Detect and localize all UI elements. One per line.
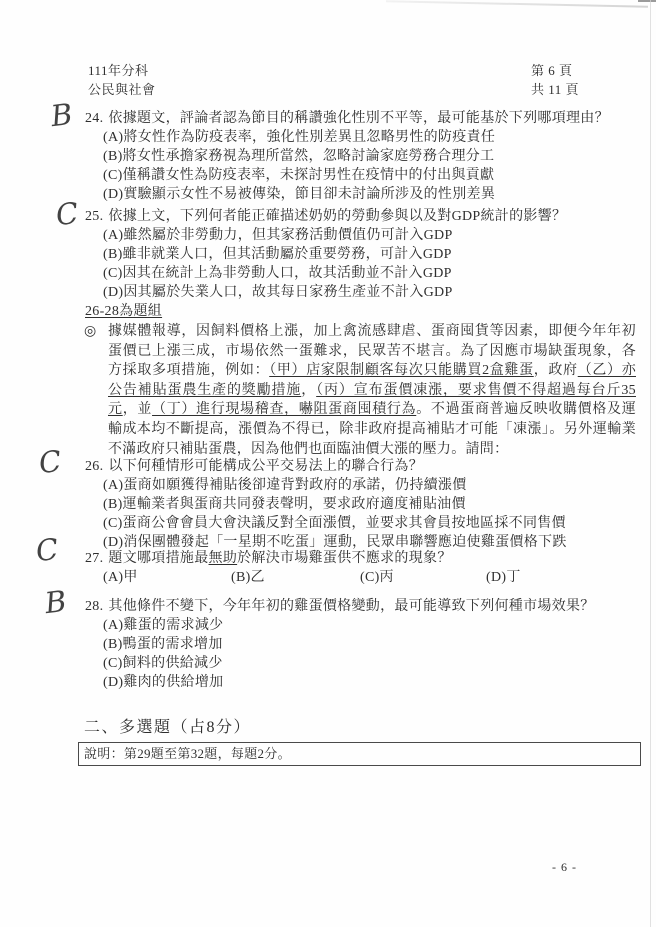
option-a: (A)蛋商如願獲得補貼後卻違背對政府的承諾，仍持續漲價 [85, 476, 641, 495]
section-title: 二、多選題（占8分） [84, 714, 251, 737]
handwritten-answer-q25: C [54, 199, 80, 230]
question-number: 24. [85, 111, 103, 126]
passage-text: 輸成本均不斷提高，漲價為不得已，除非政府提高補貼才可能「凍漲」。另外運輸 [108, 422, 622, 437]
option-b: (B)乙 [231, 568, 265, 587]
handwritten-answer-q26: C [37, 447, 63, 478]
passage-text: 據媒體報導，因飼料價格上漲，加上禽流感肆虐、蛋商囤貨等因素，即便今年年初 [108, 324, 636, 339]
group-passage: 據媒體報導，因飼料價格上漲，加上禽流感肆虐、蛋商囤貨等因素，即便今年年初蛋價已上… [108, 322, 636, 459]
total-pages-indicator: 共 11 頁 [531, 80, 579, 99]
exam-page: 111年分科 公民與社會 第 6 頁 共 11 頁 B C C C B 24.依… [0, 0, 656, 927]
question-27: 27.題文哪項措施最無助於解決市場雞蛋供不應求的現象？ (A)甲 (B)乙 (C… [85, 549, 641, 587]
option-c: (C)因其在統計上為非勞動人口，故其活動並不計入GDP [85, 264, 641, 283]
option-a: (A)甲 [103, 568, 138, 587]
question-number: 27. [85, 551, 103, 566]
question-28: 28.其他條件不變下，今年年初的雞蛋價格變動，最可能導致下列何種市場效果？ (A… [85, 597, 641, 692]
handwritten-answer-q27: C [34, 535, 60, 566]
passage-text: ， [301, 383, 316, 398]
option-d: (D)丁 [486, 568, 521, 587]
passage-text: ，並 [123, 402, 152, 417]
question-stem: 依據上文，下列何者能正確描述奶奶的勞動參與以及對GDP統計的影響？ [108, 209, 566, 224]
question-stem-line: 24.依據題文，評論者認為節目的稱讚強化性別不平等，最可能基於下列哪項理由？ [85, 109, 641, 128]
question-24: 24.依據題文，評論者認為節目的稱讚強化性別不平等，最可能基於下列哪項理由？ (… [85, 109, 641, 204]
question-stem-line: 27.題文哪項措施最無助於解決市場雞蛋供不應求的現象？ [85, 549, 641, 568]
question-stem-underlined: 無助 [209, 551, 238, 566]
section-instructions-box: 說明：第29題至第32題，每題2分。 [78, 742, 641, 766]
question-number: 28. [85, 599, 103, 614]
option-b: (B)將女性承擔家務視為理所當然，忽略討論家庭勞務合理分工 [85, 147, 641, 166]
passage-text: ，政府 [534, 363, 578, 378]
option-c: (C)飼料的供給減少 [85, 654, 641, 673]
passage-text-underlined: 公告補貼蛋農生產的獎勵措施 [108, 383, 301, 398]
question-stem: 以下何種情形可能構成公平交易法上的聯合行為？ [108, 459, 423, 474]
question-number: 26. [85, 459, 103, 474]
option-c: (C)丙 [360, 568, 394, 587]
passage-text-underlined: （丙）宣布蛋價凍漲，要求售價不得超過每台斤35 [316, 383, 636, 398]
exam-year: 111年分科 [88, 61, 156, 80]
passage-text: 。不過蛋商普遍反映收購價格及運 [416, 402, 636, 417]
option-c: (C)僅稱讚女性為防疫表率，未探討男性在疫情中的付出與貢獻 [85, 166, 641, 185]
passage-text-underlined: 元 [108, 402, 123, 417]
passage-text-underlined: （丁）進行現場稽查，嚇阻蛋商囤積行為 [152, 402, 416, 417]
option-d: (D)實驗顯示女性不易被傳染，節目卻未討論所涉及的性別差異 [85, 185, 641, 204]
scan-streak [386, 0, 648, 7]
header-left: 111年分科 公民與社會 [88, 61, 156, 99]
passage-text: 方採取多項措施，例如： [108, 363, 269, 378]
exam-subject: 公民與社會 [88, 80, 156, 99]
option-a: (A)雞蛋的需求減少 [85, 616, 641, 635]
question-stem-line: 28.其他條件不變下，今年年初的雞蛋價格變動，最可能導致下列何種市場效果？ [85, 597, 641, 616]
option-c: (C)蛋商公會會員大會決議反對全面漲價，並要求其會員按地區採不同售價 [85, 514, 641, 533]
question-25: 25.依據上文，下列何者能正確描述奶奶的勞動參與以及對GDP統計的影響？ (A)… [85, 207, 641, 302]
question-number: 25. [85, 209, 103, 224]
header-right: 第 6 頁 共 11 頁 [531, 61, 579, 99]
passage-marker: ◎ [84, 323, 96, 340]
question-stem: 其他條件不變下，今年年初的雞蛋價格變動，最可能導致下列何種市場效果？ [108, 599, 594, 614]
option-a: (A)雖然屬於非勞動力，但其家務活動價值仍可計入GDP [85, 226, 641, 245]
section-instructions: 說明：第29題至第32題，每題2分。 [84, 746, 291, 761]
page-indicator: 第 6 頁 [531, 61, 579, 80]
question-stem-line: 25.依據上文，下列何者能正確描述奶奶的勞動參與以及對GDP統計的影響？ [85, 207, 641, 226]
option-b: (B)鴨蛋的需求增加 [85, 635, 641, 654]
passage-text-underlined: （甲）店家限制顧客每次只能購買2盒雞蛋 [269, 363, 534, 378]
option-d: (D)雞肉的供給增加 [85, 673, 641, 692]
handwritten-answer-q28: B [43, 587, 68, 618]
footer-page-number: - 6 - [552, 860, 577, 875]
question-26: 26.以下何種情形可能構成公平交易法上的聯合行為？ (A)蛋商如願獲得補貼後卻違… [85, 457, 641, 552]
handwritten-answer-q24: B [49, 100, 74, 131]
question-stem-line: 26.以下何種情形可能構成公平交易法上的聯合行為？ [85, 457, 641, 476]
question-group-title: 26-28為題組 [85, 300, 162, 320]
question-stem: 題文哪項措施最 [108, 551, 208, 566]
question-stem: 於解決市場雞蛋供不應求的現象？ [237, 551, 452, 566]
scan-corner-mark [638, 0, 656, 2]
option-d: (D)因其屬於失業人口，故其每日家務生產並不計入GDP [85, 283, 641, 302]
question-stem: 依據題文，評論者認為節目的稱讚強化性別不平等，最可能基於下列哪項理由？ [108, 111, 609, 126]
option-b: (B)雖非就業人口，但其活動屬於重要勞務，可計入GDP [85, 245, 641, 264]
option-row: (A)甲 (B)乙 (C)丙 (D)丁 [85, 568, 641, 587]
scan-edge-shadow [650, 0, 651, 927]
option-b: (B)運輸業者與蛋商共同發表聲明，要求政府適度補貼油價 [85, 495, 641, 514]
option-a: (A)將女性作為防疫表率，強化性別差異且忽略男性的防疫責任 [85, 128, 641, 147]
passage-text-underlined: （乙）亦 [578, 363, 636, 378]
passage-text: 蛋價已上漲三成，市場依然一蛋難求，民眾苦不堪言。為了因應市場缺蛋現象，各 [108, 344, 636, 359]
